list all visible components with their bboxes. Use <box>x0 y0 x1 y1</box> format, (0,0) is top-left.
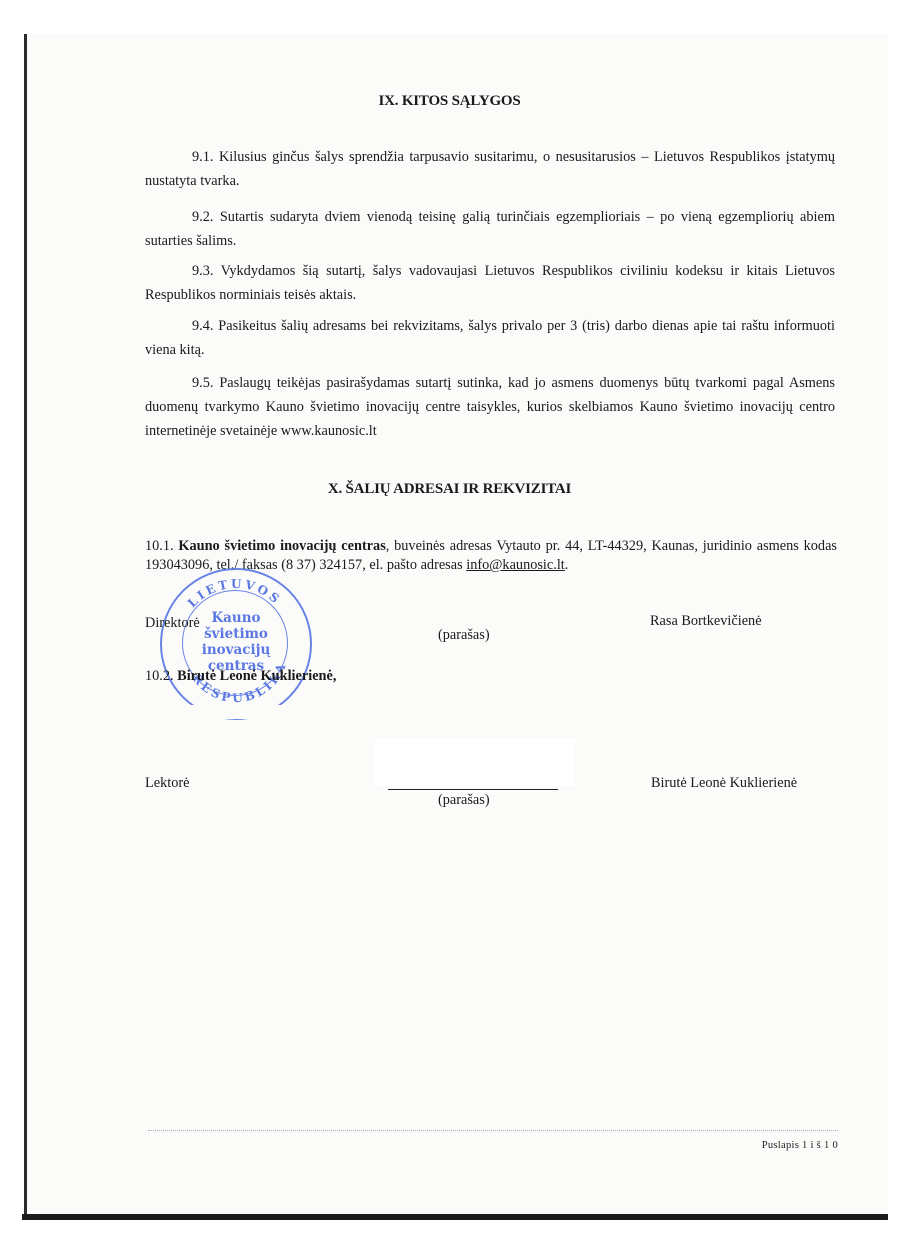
paragraph-9-1: 9.1. Kilusius ginčus šalys sprendžia tar… <box>145 145 835 193</box>
scan-bottom-border <box>22 1214 888 1220</box>
page-number: Puslapis 1 i š 1 0 <box>762 1140 838 1151</box>
party-1-name: Kauno švietimo inovacijų centras <box>178 538 385 554</box>
party-1-email-link[interactable]: info@kaunosic.lt <box>466 557 565 573</box>
redacted-area <box>140 705 440 719</box>
section-9-title: IX. KITOS SĄLYGOS <box>0 93 899 110</box>
signatory-1-name: Rasa Bortkevičienė <box>650 613 762 630</box>
signatory-2-role: Lektorė <box>145 775 189 792</box>
paragraph-9-5: 9.5. Paslaugų teikėjas pasirašydamas sut… <box>145 371 835 443</box>
section-10-title: X. ŠALIŲ ADRESAI IR REKVIZITAI <box>0 481 899 498</box>
party-2-name: Birutė Leonė Kuklierienė, <box>177 668 336 684</box>
signatory-1-role: Direktorė <box>145 615 200 632</box>
scan-left-border <box>24 34 27 1214</box>
signatory-1-signature-caption: (parašas) <box>438 627 490 644</box>
paragraph-9-4: 9.4. Pasikeitus šalių adresams bei rekvi… <box>145 314 835 362</box>
paragraph-9-3: 9.3. Vykdydamos šią sutartį, šalys vadov… <box>145 259 835 307</box>
signatory-2-name: Birutė Leonė Kuklierienė <box>651 775 797 792</box>
redacted-signature-area <box>375 738 575 786</box>
signature-line <box>388 789 558 790</box>
footer-divider <box>148 1130 838 1131</box>
signatory-2-signature-caption: (parašas) <box>438 792 490 809</box>
party-2-entry: 10.2. Birutė Leonė Kuklierienė, <box>145 668 336 685</box>
official-stamp: LIETUVOS RESPUBLIKA Kauno švietimo inova… <box>160 568 312 720</box>
paragraph-9-2: 9.2. Sutartis sudaryta dviem vienodą tei… <box>145 205 835 253</box>
